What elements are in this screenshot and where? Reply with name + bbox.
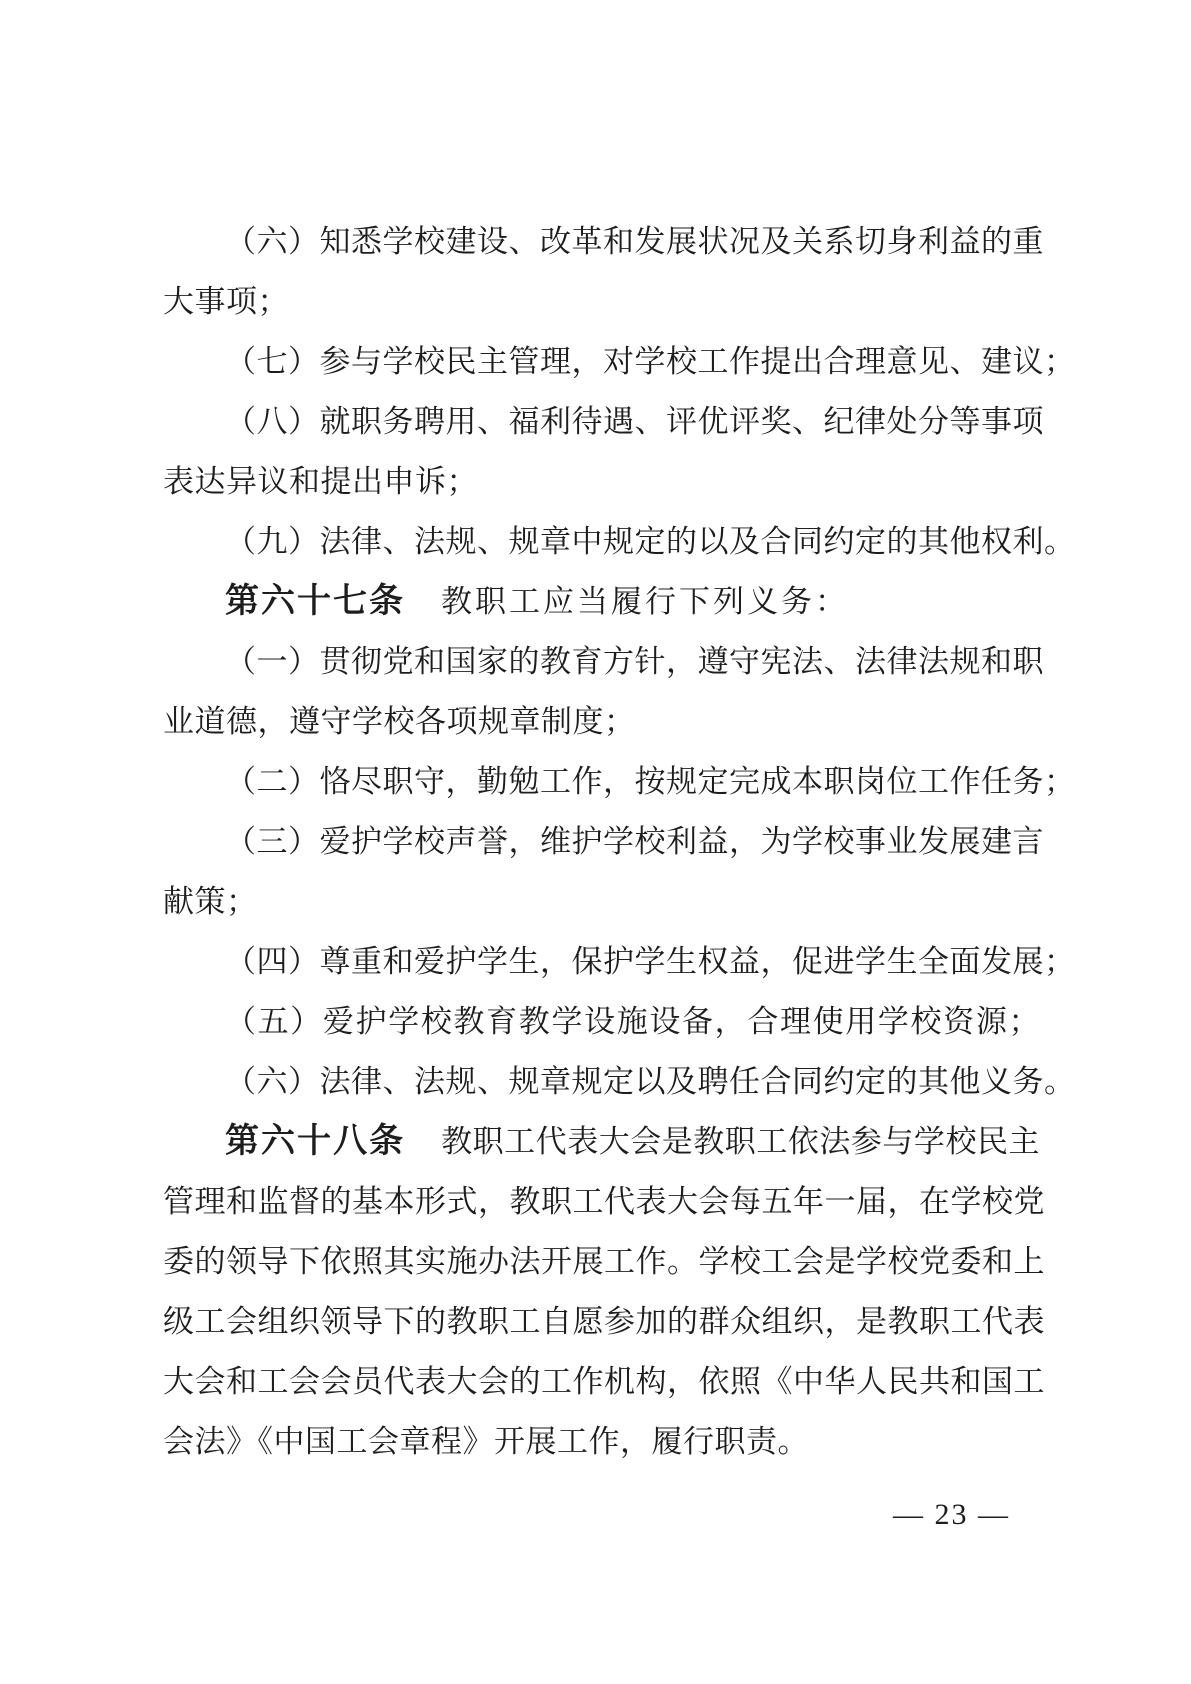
doc-line: （八）就职务聘用、福利待遇、评优评奖、纪律处分等事项 <box>163 392 1040 452</box>
document-page: （六）知悉学校建设、改革和发展状况及关系切身利益的重 大事项； （七）参与学校民… <box>0 0 1191 1684</box>
doc-line: 大会和工会会员代表大会的工作机构，依照《中华人民共和国工 <box>163 1352 1040 1412</box>
doc-line-text: （七）参与学校民主管理，对学校工作提出合理意见、建议； <box>225 344 1076 379</box>
page-number: — 23 — <box>893 1494 1010 1536</box>
doc-line-text: （三）爱护学校声誉，维护学校利益，为学校事业发展建言 <box>225 824 1044 859</box>
doc-line: （六）法律、法规、规章规定以及聘任合同约定的其他义务。 <box>163 1052 1040 1112</box>
doc-line-text: 级工会组织领导下的教职工自愿参加的群众组织，是教职工代表 <box>163 1304 1045 1339</box>
doc-line: （九）法律、法规、规章中规定的以及合同约定的其他权利。 <box>163 512 1040 572</box>
doc-line: （五）爱护学校教育教学设施设备，合理使用学校资源； <box>163 992 1040 1052</box>
doc-line-text: 大会和工会会员代表大会的工作机构，依照《中华人民共和国工 <box>163 1364 1045 1399</box>
doc-line: 大事项； <box>163 272 1040 332</box>
article-67-number: 第六十七条 <box>225 583 405 620</box>
doc-line: （六）知悉学校建设、改革和发展状况及关系切身利益的重 <box>163 212 1040 272</box>
doc-line: 表达异议和提出申诉； <box>163 452 1040 512</box>
doc-line-text: 献策； <box>163 884 258 919</box>
doc-line-text: （一）贯彻党和国家的教育方针，遵守宪法、法律法规和职 <box>225 644 1044 679</box>
doc-line-text: （九）法律、法规、规章中规定的以及合同约定的其他权利。 <box>225 524 1076 559</box>
doc-line-text: 会法》《中国工会章程》开展工作，履行职责。 <box>163 1424 809 1459</box>
doc-line-text: （八）就职务聘用、福利待遇、评优评奖、纪律处分等事项 <box>225 404 1044 439</box>
doc-line: （一）贯彻党和国家的教育方针，遵守宪法、法律法规和职 <box>163 632 1040 692</box>
doc-line: 会法》《中国工会章程》开展工作，履行职责。 <box>163 1412 1040 1472</box>
doc-line-text: 业道德，遵守学校各项规章制度； <box>163 704 636 739</box>
doc-line-text: 大事项； <box>163 284 289 319</box>
article-68-intro: 教职工代表大会是教职工依法参与学校民主 <box>441 1124 1040 1159</box>
doc-line: 管理和监督的基本形式，教职工代表大会每五年一届，在学校党 <box>163 1172 1040 1232</box>
doc-line: （三）爱护学校声誉，维护学校利益，为学校事业发展建言 <box>163 812 1040 872</box>
doc-line: （四）尊重和爱护学生，保护学生权益，促进学生全面发展； <box>163 932 1040 992</box>
doc-line: 委的领导下依照其实施办法开展工作。学校工会是学校党委和上 <box>163 1232 1040 1292</box>
document-body: （六）知悉学校建设、改革和发展状况及关系切身利益的重 大事项； （七）参与学校民… <box>163 212 1040 1472</box>
doc-line: 业道德，遵守学校各项规章制度； <box>163 692 1040 752</box>
doc-line-text: （六）知悉学校建设、改革和发展状况及关系切身利益的重 <box>225 224 1044 259</box>
article-67-intro: 教职工应当履行下列义务： <box>441 584 849 619</box>
doc-line: （二）恪尽职守，勤勉工作，按规定完成本职岗位工作任务； <box>163 752 1040 812</box>
doc-line: 级工会组织领导下的教职工自愿参加的群众组织，是教职工代表 <box>163 1292 1040 1352</box>
doc-line: （七）参与学校民主管理，对学校工作提出合理意见、建议； <box>163 332 1040 392</box>
doc-line-text: 管理和监督的基本形式，教职工代表大会每五年一届，在学校党 <box>163 1184 1045 1219</box>
doc-line-text: （五）爱护学校教育教学设施设备，合理使用学校资源； <box>225 1004 1040 1039</box>
doc-line-article-67: 第六十七条教职工应当履行下列义务： <box>163 572 1040 632</box>
doc-line-text: （六）法律、法规、规章规定以及聘任合同约定的其他义务。 <box>225 1064 1076 1099</box>
doc-line-article-68: 第六十八条教职工代表大会是教职工依法参与学校民主 <box>163 1112 1040 1172</box>
article-68-number: 第六十八条 <box>225 1123 405 1160</box>
doc-line-text: 表达异议和提出申诉； <box>163 464 478 499</box>
doc-line-text: （四）尊重和爱护学生，保护学生权益，促进学生全面发展； <box>225 944 1076 979</box>
doc-line: 献策； <box>163 872 1040 932</box>
doc-line-text: （二）恪尽职守，勤勉工作，按规定完成本职岗位工作任务； <box>225 764 1076 799</box>
doc-line-text: 委的领导下依照其实施办法开展工作。学校工会是学校党委和上 <box>163 1244 1045 1279</box>
